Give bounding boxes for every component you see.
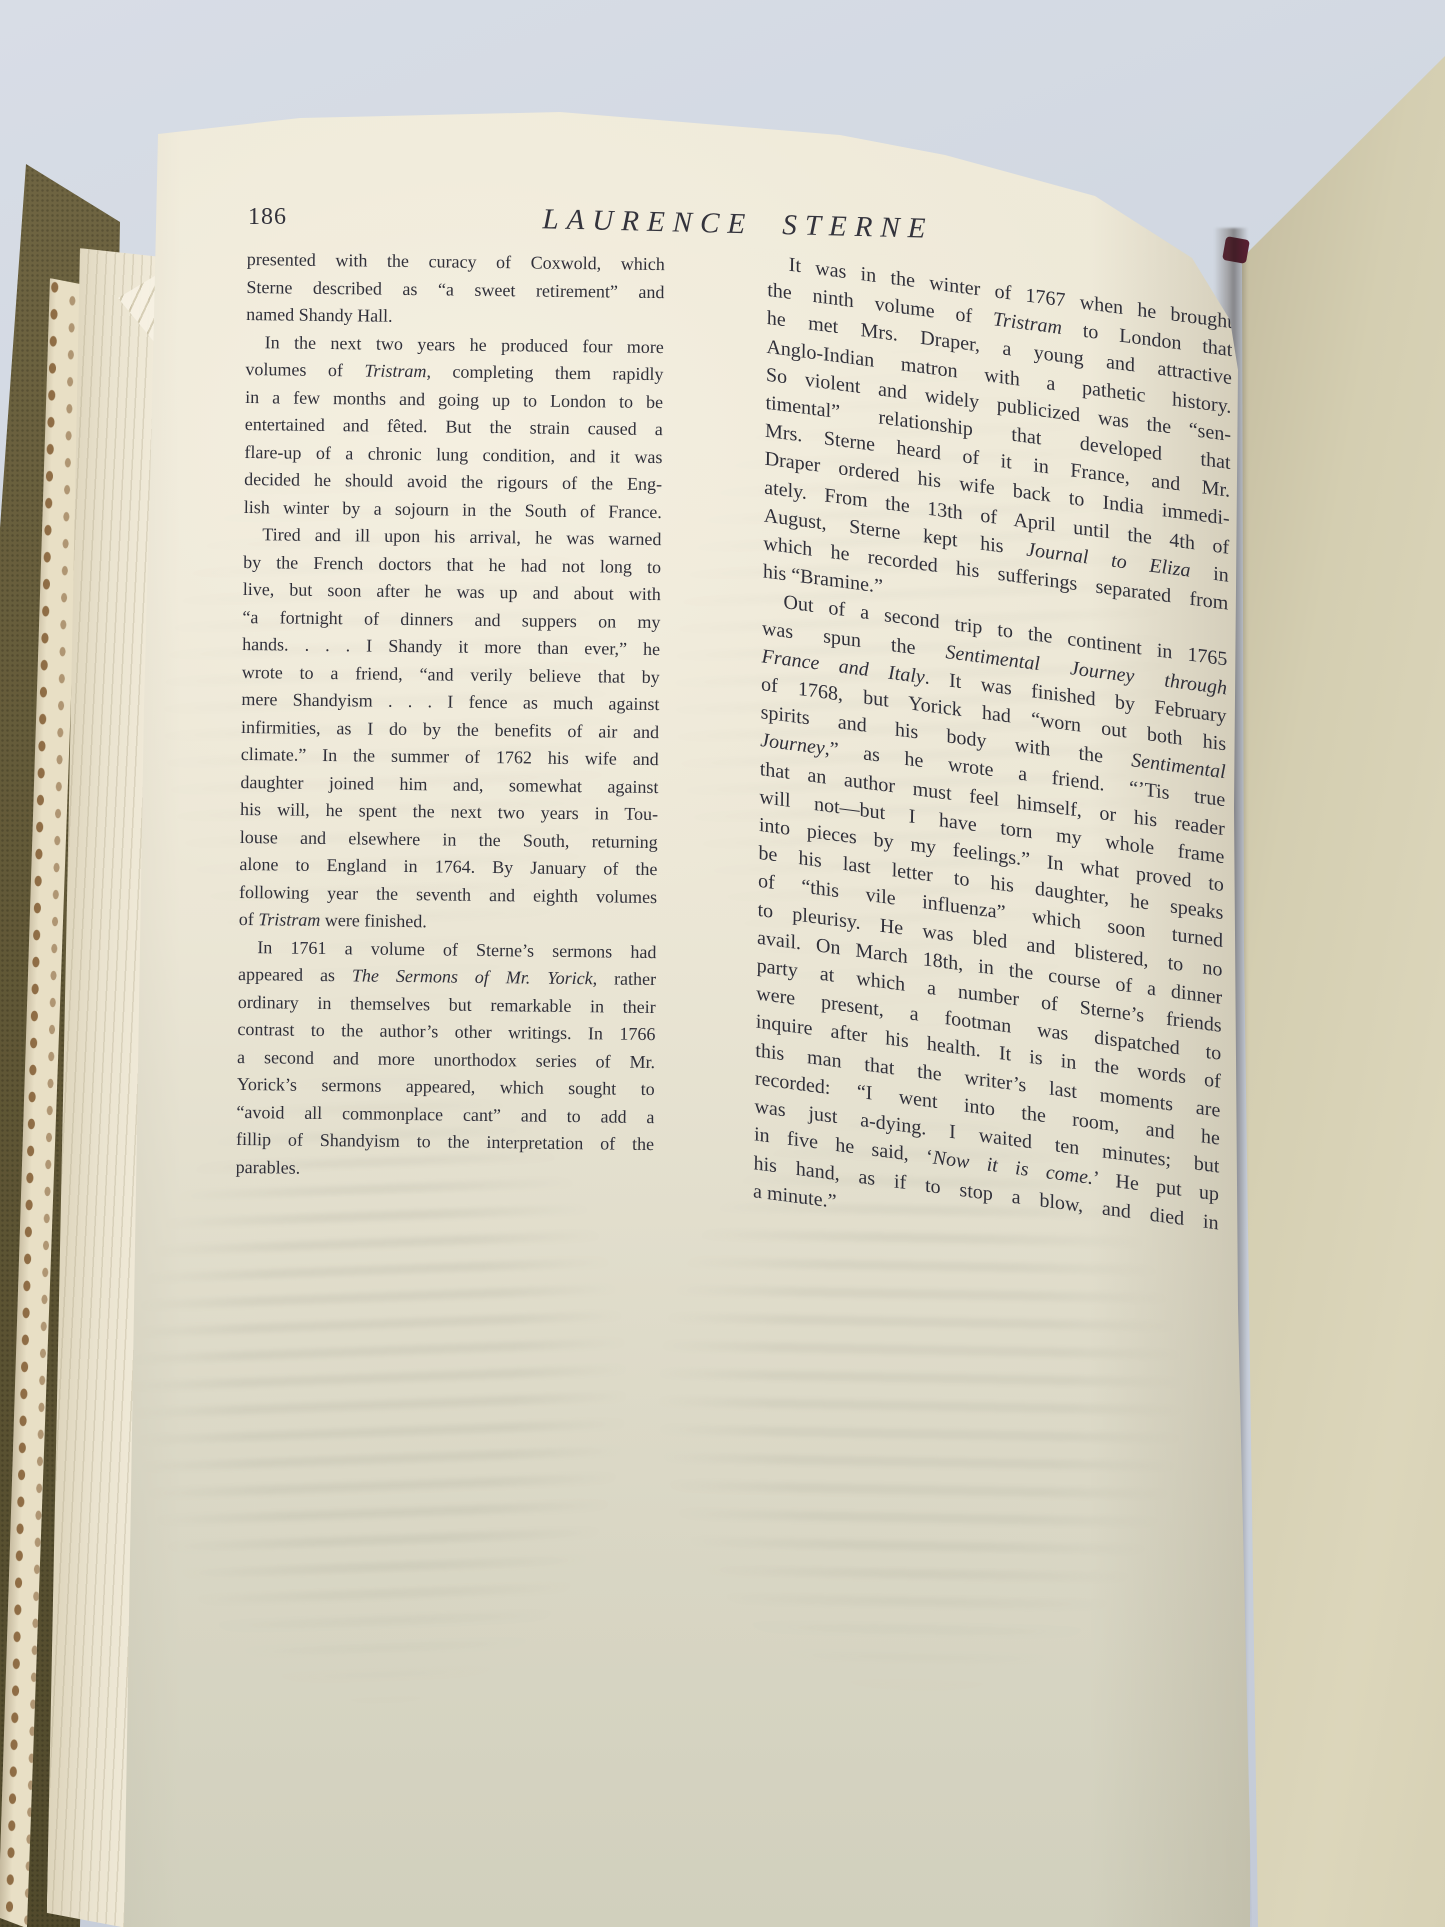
text-line: climate.” In the summer of 1762 his wife… [241, 741, 659, 774]
text-line: presented with the curacy of Coxwold, wh… [247, 246, 665, 279]
text-column-right: It was in the winter of 1767 when he bro… [753, 248, 1233, 1265]
text-line: alone to England in 1764. By January of … [239, 851, 657, 884]
text-line: appeared as The Sermons of Mr. Yorick, r… [238, 961, 656, 994]
text-line: Yorick’s sermons appeared, which sought … [237, 1071, 655, 1104]
text-line: hands. . . . I Shandy it more than ever,… [242, 631, 660, 664]
text-line: decided he should avoid the rigours of t… [244, 466, 662, 499]
text-line: mere Shandyism . . . I fence as much aga… [241, 686, 659, 719]
text-line: of Tristram were finished. [239, 906, 657, 939]
text-line: live, but soon after he was up and about… [243, 576, 661, 609]
text-line: his will, he spent the next two years in… [240, 796, 658, 829]
facing-page [1228, 48, 1445, 1927]
text-line: named Shandy Hall. [246, 301, 664, 334]
running-head: LAURENCE STERNE [498, 202, 979, 247]
text-line: Tired and ill upon his arrival, he was w… [243, 521, 661, 554]
book-photo-scene: 186 LAURENCE STERNE presented with the c… [0, 0, 1445, 1927]
text-column-left: presented with the curacy of Coxwold, wh… [236, 246, 665, 1186]
text-line: fillip of Shandyism to the interpretatio… [236, 1126, 654, 1159]
text-line: entertained and fêted. But the strain ca… [245, 411, 663, 444]
page-number: 186 [248, 204, 287, 231]
text-line: parables. [236, 1153, 654, 1186]
text-line: contrast to the author’s other writings.… [237, 1016, 655, 1049]
book-page: 186 LAURENCE STERNE presented with the c… [100, 108, 1250, 1927]
text-line: volumes of Tristram, completing them rap… [245, 356, 663, 389]
